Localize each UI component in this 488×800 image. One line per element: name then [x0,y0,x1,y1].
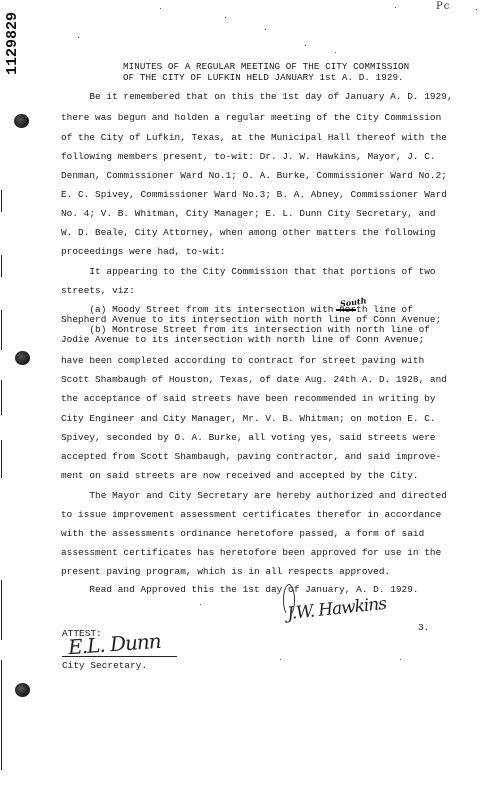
body-line: have been completed according to contrac… [61,355,424,366]
margin-edge [1,310,2,350]
mayor-signature: J.W. Hawkins [286,594,387,624]
body-line: The Mayor and City Secretary are hereby … [61,490,447,501]
margin-edge [1,440,2,478]
punch-hole-bottom [15,683,30,697]
document-page: 1129829 Pc MINUTES OF A REGULAR MEETING … [0,0,488,800]
margin-edge [1,380,2,415]
body-line: accepted from Scott Shambaugh, paving co… [61,451,441,462]
body-line: Denman, Commissioner Ward No.1; O. A. Bu… [61,170,447,181]
body-line: proceedings were had, to-wit: [61,246,226,257]
body-line: the acceptance of said streets have been… [61,393,436,404]
document-title-line-1: MINUTES OF A REGULAR MEETING OF THE CITY… [123,61,409,72]
scan-speck [280,659,281,660]
scan-speck [225,17,226,18]
body-line: Be it remembered that on this the 1st da… [61,91,453,102]
scan-speck [305,45,306,46]
body-line: present paving program, which is in all … [61,566,390,577]
street-item-b-line-2: Jodie Avenue to its intersection with no… [61,334,424,345]
body-line: City Engineer and City Manager, Mr. V. B… [61,413,436,424]
secretary-title: City Secretary. [62,660,147,671]
document-title-line-2: OF THE CITY OF LUFKIN HELD JANUARY 1st A… [123,72,404,83]
page-mark: 3. [418,622,429,633]
body-line: streets, viz: [61,285,135,296]
signature-line [62,656,177,657]
scan-speck [265,29,266,30]
body-line: following members present, to-wit: Dr. J… [61,151,436,162]
scan-speck [78,37,79,38]
strikethrough-mark [336,309,356,311]
body-line: to issue improvement assessment certific… [61,509,441,520]
scan-speck [160,8,161,9]
body-line: Spivey, seconded by O. A. Burke, all vot… [61,432,436,443]
margin-edge [1,660,2,770]
body-line: with the assessments ordinance heretofor… [61,528,424,539]
scan-speck [476,9,477,10]
corner-notation: Pc [436,1,450,12]
punch-hole-top [14,114,29,128]
body-line: W. D. Beale, City Attorney, when among o… [61,227,436,238]
margin-edge [1,190,2,212]
margin-edge [1,255,2,277]
scan-speck [400,659,401,660]
body-line: Scott Shambaugh of Houston, Texas, of da… [61,374,447,385]
body-line: E. C. Spivey, Commissioner Ward No.3; B.… [61,189,447,200]
margin-edge [1,580,2,640]
scan-speck [200,604,201,605]
body-line: No. 4; V. B. Whitman, City Manager; E. L… [61,208,436,219]
body-line: assessment certificates has heretofore b… [61,547,441,558]
body-line: of the City of Lufkin, Texas, at the Mun… [61,132,447,143]
scan-speck [335,52,336,53]
approval-line: Read and Approved this the 1st day of Ja… [61,584,419,595]
record-stamp-number: 1129829 [4,8,22,78]
body-line: ment on said streets are now received an… [61,470,419,481]
secretary-signature: E.L. Dunn [67,629,161,659]
body-line: there was begun and holden a regular mee… [61,112,441,123]
body-line: It appearing to the City Commission that… [61,266,436,277]
punch-hole-middle [15,351,30,365]
scan-speck [395,7,396,8]
